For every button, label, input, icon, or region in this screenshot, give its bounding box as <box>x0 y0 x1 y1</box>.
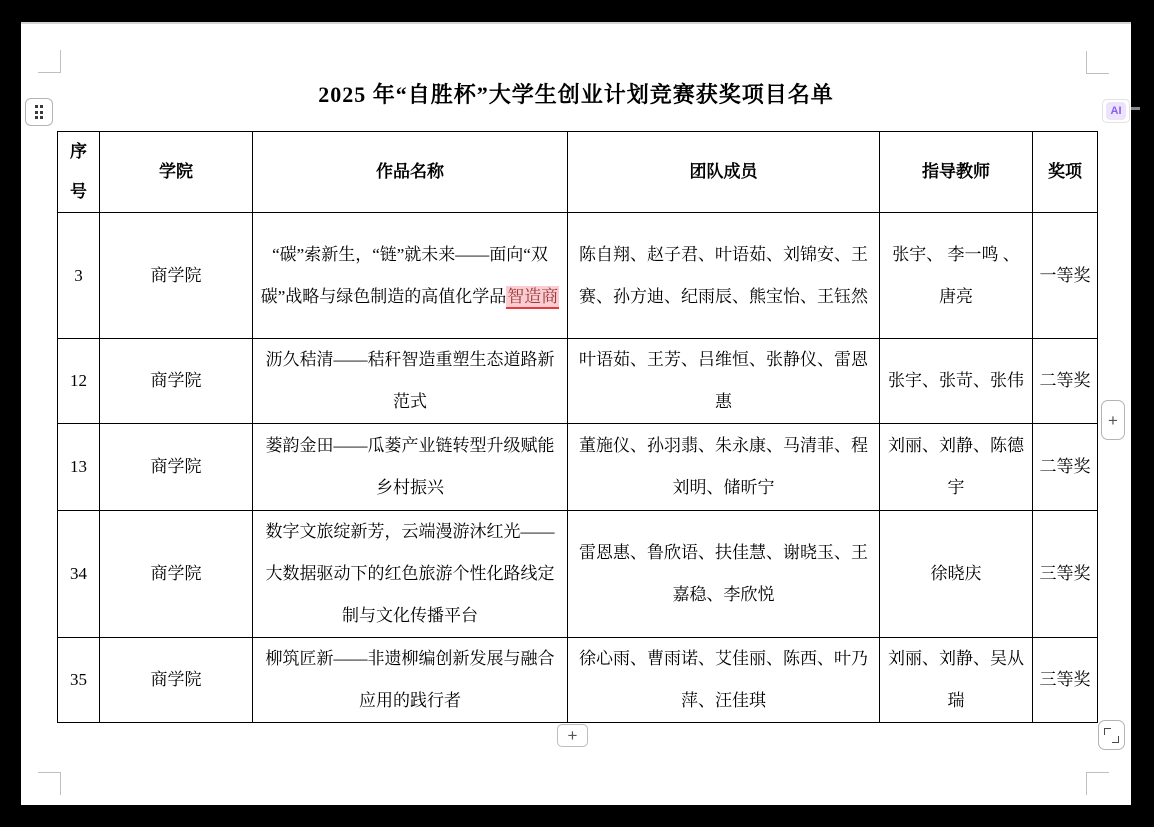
insert-column-button[interactable]: + <box>1101 400 1125 440</box>
cell-work[interactable]: 沥久秸清——秸秆智造重塑生态道路新范式 <box>253 339 568 424</box>
cell-work[interactable]: 柳筑匠新——非遗柳编创新发展与融合应用的践行者 <box>253 638 568 723</box>
corner-brackets-icon <box>1104 728 1119 743</box>
cell-advisor[interactable]: 刘丽、刘静、吴从瑞 <box>880 638 1033 723</box>
cell-no[interactable]: 13 <box>58 424 100 511</box>
collapsed-scrollbar-dash <box>1131 107 1140 110</box>
cell-advisor[interactable]: 刘丽、刘静、陈德宇 <box>880 424 1033 511</box>
cell-team[interactable]: 董施仪、孙羽翡、朱永康、马清菲、程刘明、储昕宁 <box>568 424 880 511</box>
cell-advisor[interactable]: 徐晓庆 <box>880 511 1033 638</box>
cell-team[interactable]: 雷恩惠、鲁欣语、扶佳慧、谢晓玉、王嘉稳、李欣悦 <box>568 511 880 638</box>
header-advisor[interactable]: 指导教师 <box>880 132 1033 213</box>
cell-team[interactable]: 徐心雨、曹雨诺、艾佳丽、陈西、叶乃萍、汪佳琪 <box>568 638 880 723</box>
cell-college[interactable]: 商学院 <box>100 424 253 511</box>
header-work[interactable]: 作品名称 <box>253 132 568 213</box>
work-text: “碳”索新生，“链”就未来——面向“双碳”战略与绿色制造的高值化学品 <box>261 245 548 306</box>
plus-icon: + <box>1108 412 1118 429</box>
cell-college[interactable]: 商学院 <box>100 213 253 339</box>
header-college[interactable]: 学院 <box>100 132 253 213</box>
awards-table: 序号 学院 作品名称 团队成员 指导教师 奖项 3 商学院 “碳”索新生，“链”… <box>57 131 1098 723</box>
fit-table-button[interactable] <box>1098 720 1125 750</box>
cell-no[interactable]: 35 <box>58 638 100 723</box>
cell-college[interactable]: 商学院 <box>100 339 253 424</box>
work-highlighted-text[interactable]: 智造商 <box>506 286 559 309</box>
header-no[interactable]: 序号 <box>58 132 100 213</box>
margin-mark-bottom-right-icon <box>1086 772 1109 795</box>
cell-team[interactable]: 陈自翔、赵子君、叶语茹、刘锦安、王赛、孙方迪、纪雨辰、熊宝怡、王钰然 <box>568 213 880 339</box>
header-award[interactable]: 奖项 <box>1033 132 1098 213</box>
table-row: 13 商学院 蒌韵金田——瓜蒌产业链转型升级赋能乡村振兴 董施仪、孙羽翡、朱永康… <box>58 424 1098 511</box>
cell-award[interactable]: 三等奖 <box>1033 638 1098 723</box>
table-row: 35 商学院 柳筑匠新——非遗柳编创新发展与融合应用的践行者 徐心雨、曹雨诺、艾… <box>58 638 1098 723</box>
document-page: 2025 年“自胜杯”大学生创业计划竞赛获奖项目名单 序号 学院 作品名称 团队… <box>21 22 1131 805</box>
table-row: 3 商学院 “碳”索新生，“链”就未来——面向“双碳”战略与绿色制造的高值化学品… <box>58 213 1098 339</box>
cell-award[interactable]: 二等奖 <box>1033 424 1098 511</box>
document-window: 2025 年“自胜杯”大学生创业计划竞赛获奖项目名单 序号 学院 作品名称 团队… <box>0 0 1154 827</box>
cell-work[interactable]: 数字文旅绽新芳，云端漫游沐红光——大数据驱动下的红色旅游个性化路线定制与文化传播… <box>253 511 568 638</box>
cell-work[interactable]: 蒌韵金田——瓜蒌产业链转型升级赋能乡村振兴 <box>253 424 568 511</box>
header-team[interactable]: 团队成员 <box>568 132 880 213</box>
ai-assistant-button[interactable]: AI <box>1102 99 1130 123</box>
drag-handle-icon <box>35 105 44 119</box>
cell-advisor[interactable]: 张宇、 李一鸣 、唐亮 <box>880 213 1033 339</box>
document-title[interactable]: 2025 年“自胜杯”大学生创业计划竞赛获奖项目名单 <box>21 78 1131 109</box>
cell-team[interactable]: 叶语茹、王芳、吕维恒、张静仪、雷恩惠 <box>568 339 880 424</box>
plus-icon: + <box>568 727 578 744</box>
cell-work[interactable]: “碳”索新生，“链”就未来——面向“双碳”战略与绿色制造的高值化学品智造商 <box>253 213 568 339</box>
margin-mark-top-right-icon <box>1086 51 1109 74</box>
cell-college[interactable]: 商学院 <box>100 511 253 638</box>
cell-advisor[interactable]: 张宇、张苛、张伟 <box>880 339 1033 424</box>
margin-mark-top-left-icon <box>38 50 61 73</box>
ai-icon: AI <box>1106 102 1126 120</box>
margin-mark-bottom-left-icon <box>38 772 61 795</box>
cell-college[interactable]: 商学院 <box>100 638 253 723</box>
cell-award[interactable]: 三等奖 <box>1033 511 1098 638</box>
cell-award[interactable]: 二等奖 <box>1033 339 1098 424</box>
cell-no[interactable]: 12 <box>58 339 100 424</box>
table-row: 12 商学院 沥久秸清——秸秆智造重塑生态道路新范式 叶语茹、王芳、吕维恒、张静… <box>58 339 1098 424</box>
table-row: 34 商学院 数字文旅绽新芳，云端漫游沐红光——大数据驱动下的红色旅游个性化路线… <box>58 511 1098 638</box>
cell-no[interactable]: 34 <box>58 511 100 638</box>
header-row: 序号 学院 作品名称 团队成员 指导教师 奖项 <box>58 132 1098 213</box>
header-no-label: 序号 <box>69 132 88 212</box>
cell-no[interactable]: 3 <box>58 213 100 339</box>
table-drag-handle[interactable] <box>25 98 53 126</box>
cell-award[interactable]: 一等奖 <box>1033 213 1098 339</box>
insert-row-button[interactable]: + <box>557 724 588 747</box>
